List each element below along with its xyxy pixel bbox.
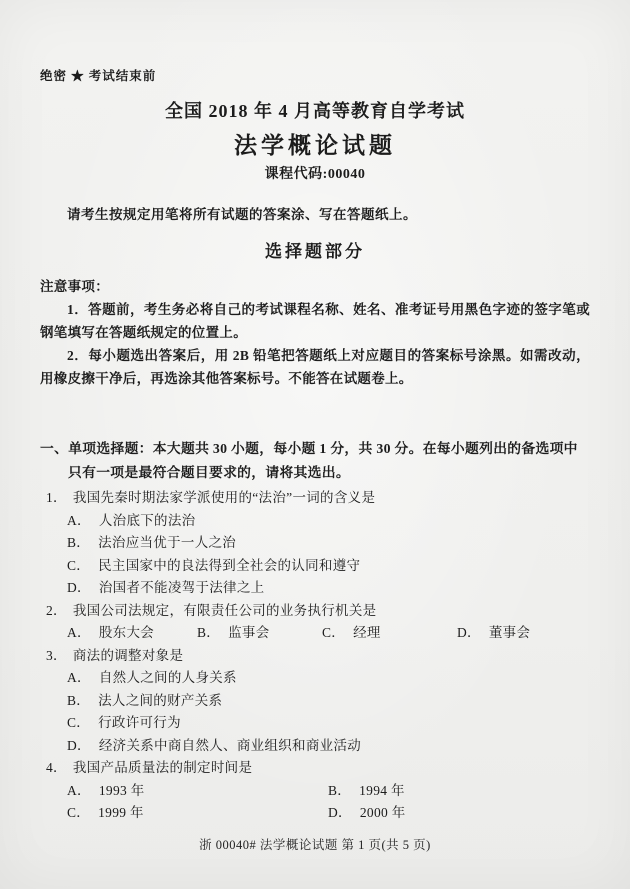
question-1-number: 1． [46, 490, 67, 505]
option-a-text: 自然人之间的人身关系 [99, 670, 237, 685]
answer-sheet-instruction: 请考生按规定用笔将所有试题的答案涂、写在答题纸上。 [40, 203, 590, 223]
option-a-text: 人治底下的法治 [99, 513, 196, 528]
option-c-text: 民主国家中的良法得到全社会的认同和遵守 [98, 558, 360, 573]
option-a-label: A． [67, 625, 91, 640]
question-2-number: 2． [46, 603, 67, 618]
question-3-text: 商法的调整对象是 [73, 648, 183, 663]
option-c-label: C． [67, 715, 90, 730]
option-b-label: B． [67, 535, 90, 550]
question-2-option-a: A．股东大会 [67, 622, 197, 645]
note-item-2: 2．每小题选出答案后，用 2B 铅笔把答题纸上对应题目的答案标号涂黑。如需改动，… [40, 344, 590, 390]
option-d-text: 董事会 [489, 625, 530, 640]
paper-title: 法学概论试题 [40, 127, 590, 160]
option-c-text: 1999 年 [98, 805, 144, 820]
option-d-label: D． [67, 580, 91, 595]
option-c-text: 经理 [353, 625, 381, 640]
question-1-option-d: D．治国者不能凌驾于法律之上 [67, 577, 590, 600]
question-1-options: A．人治底下的法治 B．法治应当优于一人之治 C．民主国家中的良法得到全社会的认… [40, 510, 590, 600]
option-a-label: A． [67, 513, 91, 528]
exam-title: 全国 2018 年 4 月高等教育自学考试 [40, 97, 590, 123]
question-list: 1．我国先秦时期法家学派使用的“法治”一词的含义是 A．人治底下的法治 B．法治… [40, 487, 590, 825]
option-a-text: 1993 年 [99, 783, 145, 798]
option-d-text: 经济关系中商自然人、商业组织和商业活动 [99, 738, 361, 753]
part1-heading: 一、单项选择题：本大题共 30 小题，每小题 1 分，共 30 分。在每小题列出… [40, 437, 590, 485]
section-title: 选择题部分 [40, 237, 590, 262]
option-a-label: A． [67, 783, 91, 798]
question-2-option-c: C．经理 [322, 622, 457, 645]
option-c-label: C． [67, 805, 90, 820]
question-1-option-a: A．人治底下的法治 [67, 510, 590, 533]
question-2-stem: 2．我国公司法规定，有限责任公司的业务执行机关是 [40, 600, 590, 623]
option-a-label: A． [67, 670, 91, 685]
question-1-text: 我国先秦时期法家学派使用的“法治”一词的含义是 [73, 490, 375, 505]
option-d-label: D． [457, 625, 481, 640]
option-b-text: 法治应当优于一人之治 [98, 535, 236, 550]
question-4-text: 我国产品质量法的制定时间是 [73, 760, 252, 775]
question-1-option-b: B．法治应当优于一人之治 [67, 532, 590, 555]
course-code: 课程代码:00040 [40, 163, 590, 183]
question-3-options: A．自然人之间的人身关系 B．法人之间的财产关系 C．行政许可行为 D．经济关系… [40, 667, 590, 757]
part1-heading-line2: 只有一项是最符合题目要求的，请将其选出。 [40, 461, 590, 485]
question-4: 4．我国产品质量法的制定时间是 A．1993 年 B．1994 年 C．1999… [40, 757, 590, 825]
option-c-label: C． [322, 625, 345, 640]
question-1: 1．我国先秦时期法家学派使用的“法治”一词的含义是 A．人治底下的法治 B．法治… [40, 487, 590, 600]
question-1-option-c: C．民主国家中的良法得到全社会的认同和遵守 [67, 555, 590, 578]
option-a-text: 股东大会 [99, 625, 154, 640]
option-c-label: C． [67, 558, 90, 573]
option-b-label: B． [67, 693, 90, 708]
option-b-label: B． [328, 783, 351, 798]
option-c-text: 行政许可行为 [98, 715, 181, 730]
question-2-text: 我国公司法规定，有限责任公司的业务执行机关是 [73, 603, 377, 618]
notes-title: 注意事项： [40, 275, 590, 298]
option-b-label: B． [197, 625, 220, 640]
option-d-text: 治国者不能凌驾于法律之上 [99, 580, 265, 595]
question-4-options: A．1993 年 B．1994 年 C．1999 年 D．2000 年 [40, 780, 590, 825]
option-d-label: D． [328, 805, 352, 820]
question-4-option-b: B．1994 年 [328, 780, 590, 803]
question-2-option-d: D．董事会 [457, 622, 530, 645]
option-d-text: 2000 年 [360, 805, 406, 820]
question-4-number: 4． [46, 760, 67, 775]
exam-paper-page: 绝密 ★ 考试结束前 全国 2018 年 4 月高等教育自学考试 法学概论试题 … [0, 0, 630, 889]
notes-block: 注意事项： 1．答题前，考生务必将自己的考试课程名称、姓名、准考证号用黑色字迹的… [40, 275, 590, 390]
option-b-text: 1994 年 [359, 783, 405, 798]
question-4-stem: 4．我国产品质量法的制定时间是 [40, 757, 590, 780]
question-2-options: A．股东大会 B．监事会 C．经理 D．董事会 [40, 622, 590, 645]
question-3-option-a: A．自然人之间的人身关系 [67, 667, 590, 690]
note-item-1: 1．答题前，考生务必将自己的考试课程名称、姓名、准考证号用黑色字迹的签字笔或钢笔… [40, 298, 590, 344]
question-4-option-a: A．1993 年 [67, 780, 328, 803]
page-footer: 浙 00040# 法学概论试题 第 1 页(共 5 页) [0, 835, 630, 853]
question-3-option-c: C．行政许可行为 [67, 712, 590, 735]
question-3-option-d: D．经济关系中商自然人、商业组织和商业活动 [67, 735, 590, 758]
question-4-option-d: D．2000 年 [328, 802, 590, 825]
option-b-text: 法人之间的财产关系 [98, 693, 222, 708]
question-4-option-c: C．1999 年 [67, 802, 328, 825]
question-3-number: 3． [46, 648, 67, 663]
question-3-option-b: B．法人之间的财产关系 [67, 690, 590, 713]
part1-heading-line1: 一、单项选择题：本大题共 30 小题，每小题 1 分，共 30 分。在每小题列出… [40, 437, 590, 461]
question-1-stem: 1．我国先秦时期法家学派使用的“法治”一词的含义是 [40, 487, 590, 510]
option-b-text: 监事会 [228, 625, 269, 640]
option-d-label: D． [67, 738, 91, 753]
question-3: 3．商法的调整对象是 A．自然人之间的人身关系 B．法人之间的财产关系 C．行政… [40, 645, 590, 758]
question-2: 2．我国公司法规定，有限责任公司的业务执行机关是 A．股东大会 B．监事会 C．… [40, 600, 590, 645]
classification-banner: 绝密 ★ 考试结束前 [40, 66, 590, 84]
question-2-option-b: B．监事会 [197, 622, 322, 645]
question-3-stem: 3．商法的调整对象是 [40, 645, 590, 668]
